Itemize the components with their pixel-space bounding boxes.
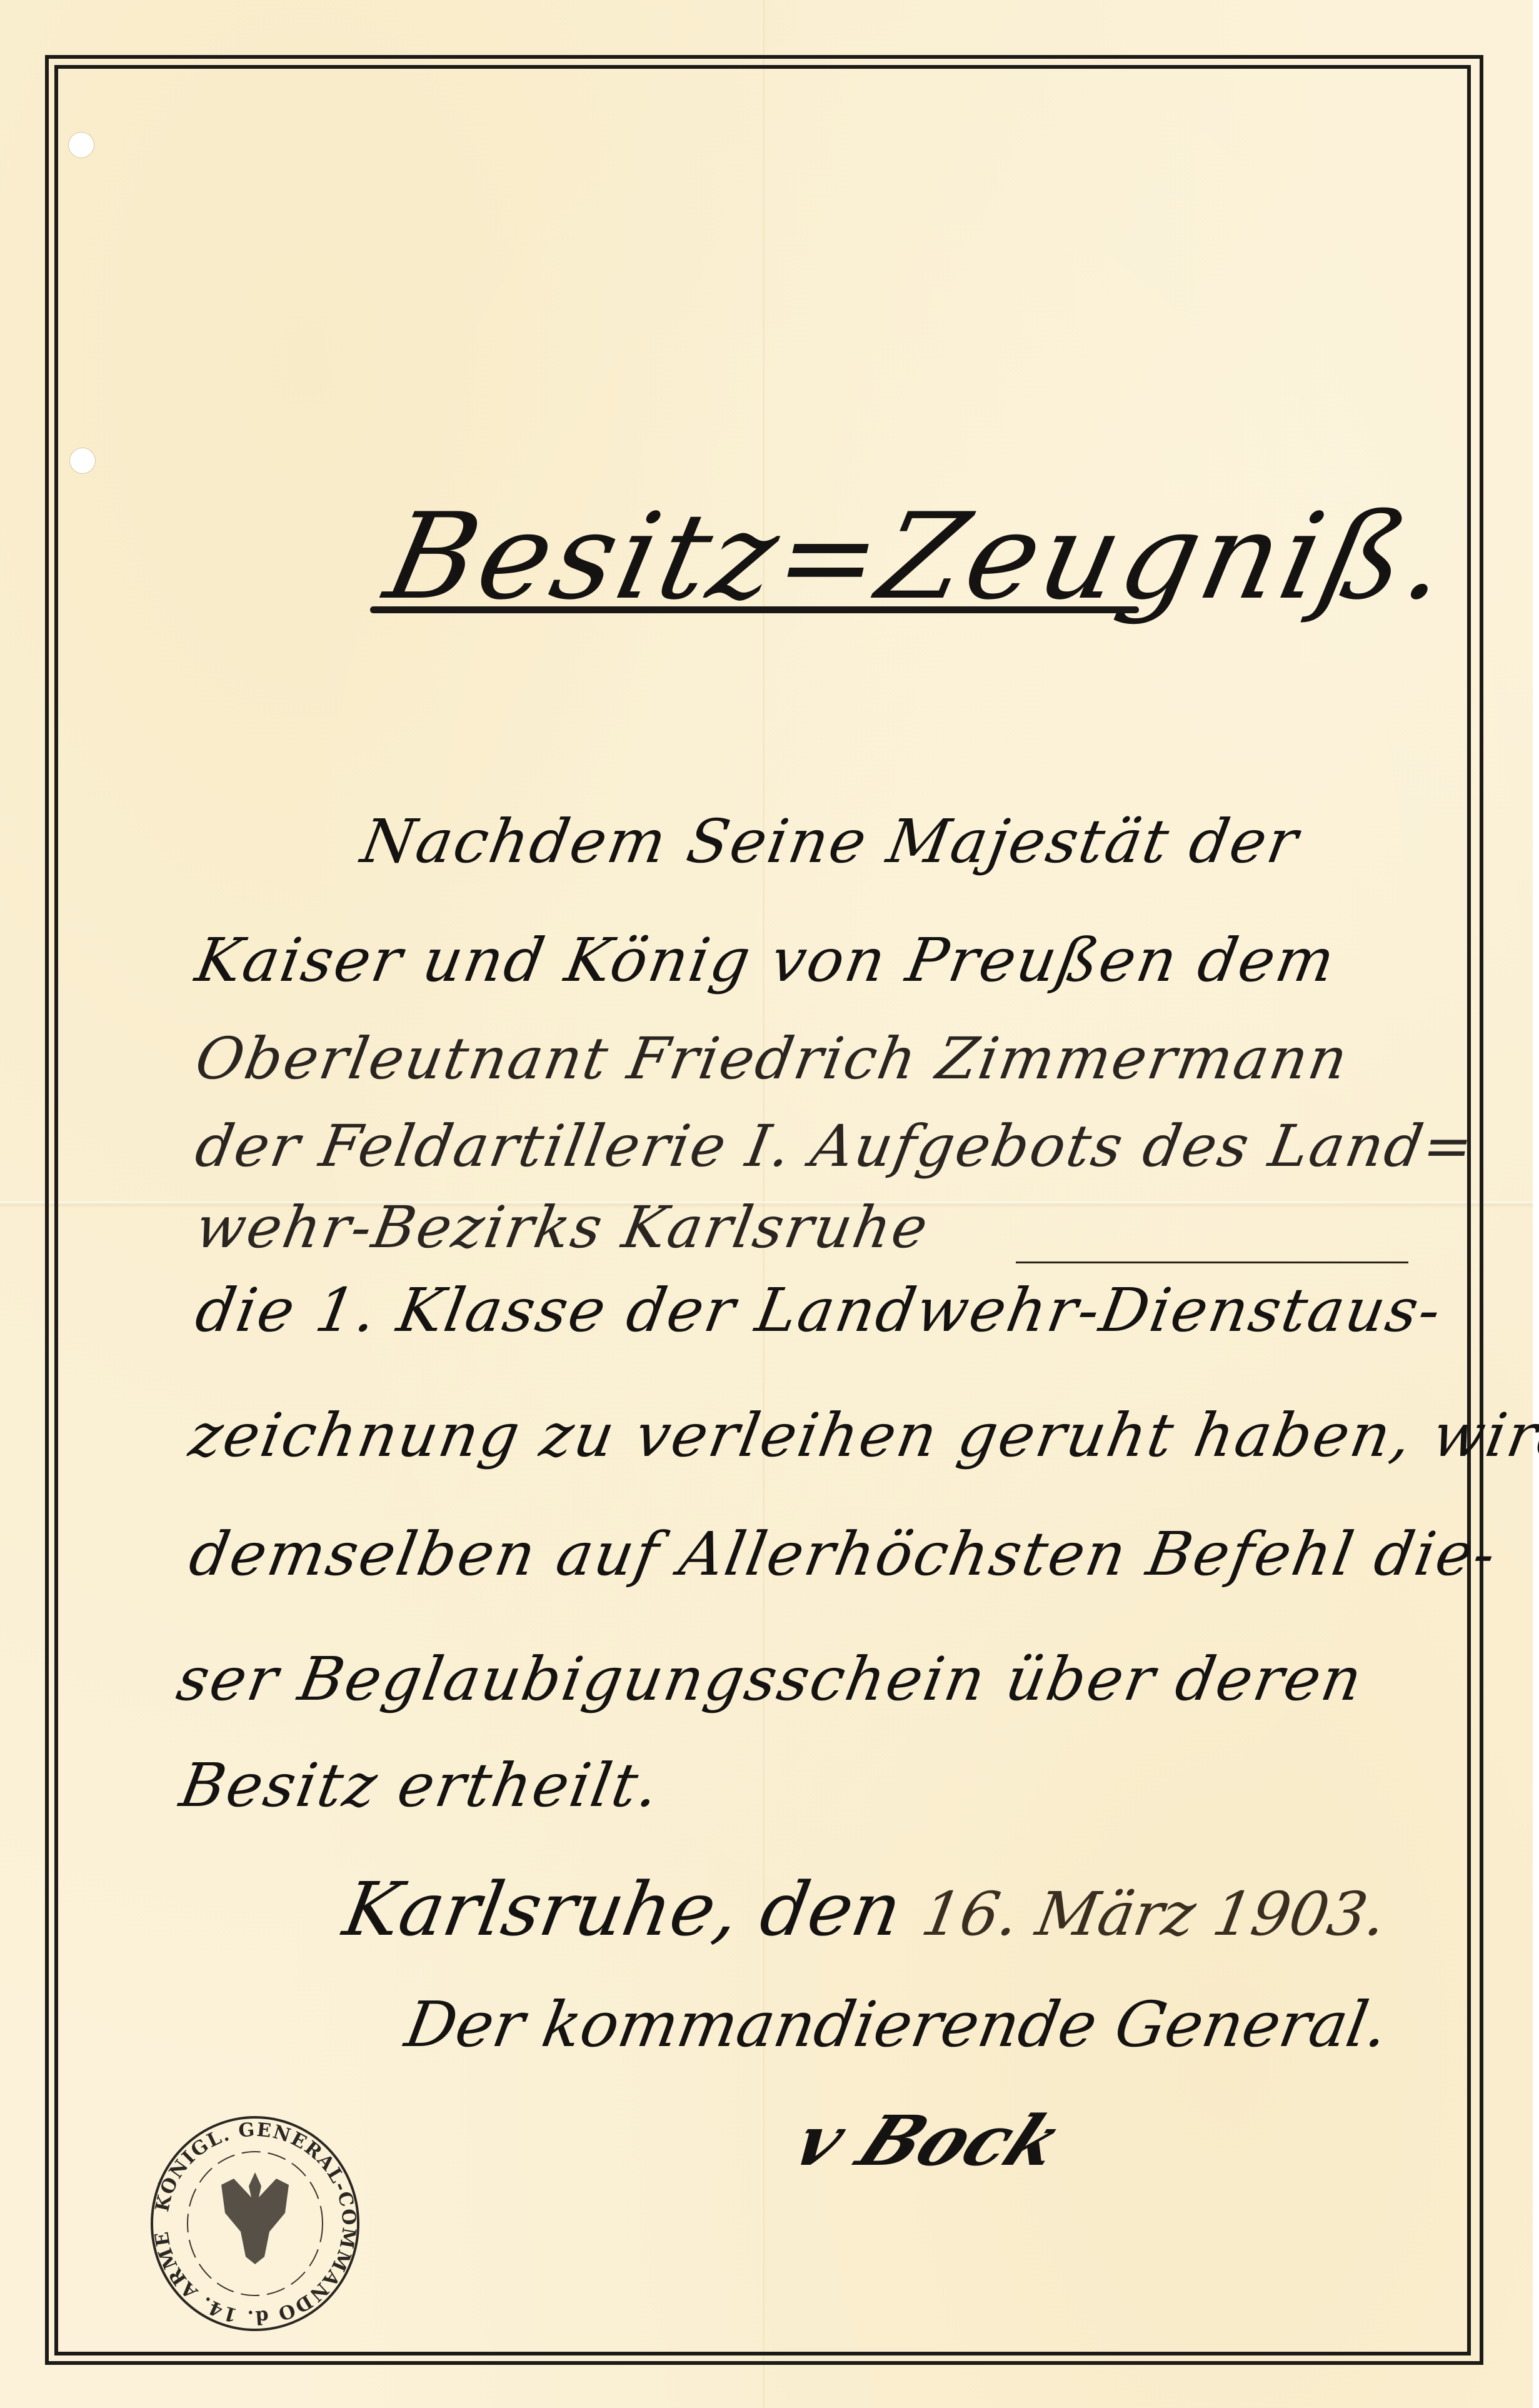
body-line-10: Besitz ertheilt. bbox=[175, 1750, 666, 1820]
eagle-emblem-icon bbox=[221, 2172, 289, 2264]
seal-icon: KÖNIGL. GENERAL-COMMANDO d. 14. ARMEE-CO… bbox=[146, 2113, 364, 2335]
place-and-date-line: Karlsruhe, den 16. März 1903. bbox=[338, 1866, 1394, 1952]
official-seal-stamp: KÖNIGL. GENERAL-COMMANDO d. 14. ARMEE-CO… bbox=[146, 2113, 364, 2335]
place-name: Karlsruhe, bbox=[338, 1866, 746, 1952]
title-underline bbox=[370, 606, 1139, 613]
signature: v Bock bbox=[781, 2100, 1076, 2181]
issue-date: 16. März 1903. bbox=[916, 1879, 1391, 1949]
body-line-8: demselben auf Allerhöchsten Befehl die- bbox=[184, 1519, 1502, 1589]
body-line-9: ser Beglaubigungsschein über deren bbox=[172, 1644, 1369, 1714]
date-prefix: den bbox=[754, 1866, 908, 1952]
body-line-6: die 1. Klasse der Landwehr-Dienstaus- bbox=[191, 1275, 1448, 1345]
body-line-3-recipient: Oberleutnant Friedrich Zimmermann bbox=[191, 1025, 1354, 1092]
document-title: Besitz=Zeugniß. bbox=[375, 488, 1464, 626]
body-line-2: Kaiser und König von Preußen dem bbox=[191, 925, 1341, 995]
body-line-4-unit: der Feldartillerie I. Aufgebots des Land… bbox=[191, 1113, 1480, 1180]
signer-title: Der kommandierende General. bbox=[400, 1988, 1393, 2061]
body-line-7: zeichnung zu verleihen geruht haben, wir… bbox=[184, 1400, 1539, 1470]
body-line-1: Nachdem Seine Majestät der bbox=[356, 806, 1305, 876]
body-line-5-district: wehr-Bezirks Karlsruhe bbox=[191, 1194, 935, 1261]
filler-dash-line bbox=[1016, 1262, 1408, 1263]
